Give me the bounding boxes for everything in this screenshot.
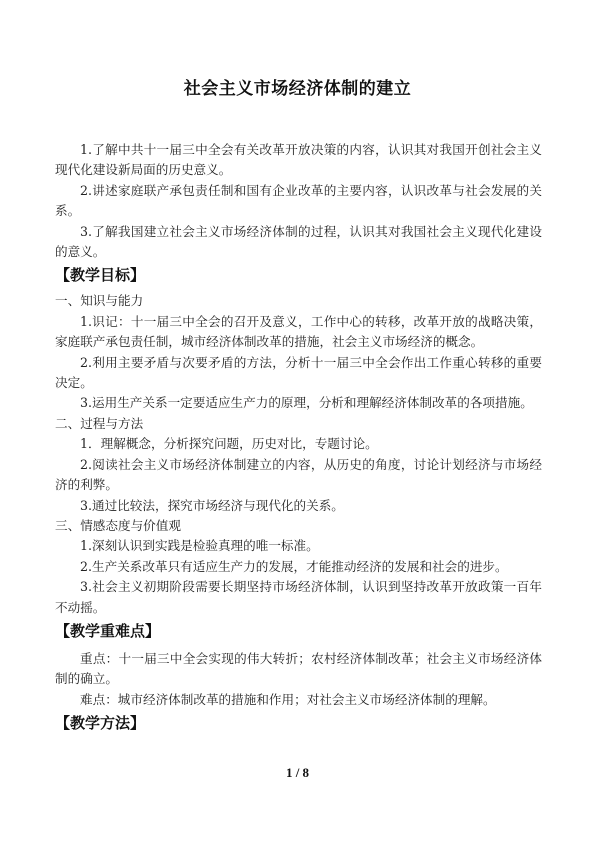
document-title: 社会主义市场经济体制的建立 — [0, 74, 595, 99]
difficult-point: 难点：城市经济体制改革的措施和作用；对社会主义市场经济体制的理解。 — [55, 690, 542, 710]
goal-knowledge-3: 3.运用生产关系一定要适应生产力的原理，分析和理解经济体制改革的各项措施。 — [55, 393, 542, 413]
goal-process-1: 1．理解概念，分析探究问题，历史对比，专题讨论。 — [55, 434, 542, 454]
subheading-values: 三、情感态度与价值观 — [55, 516, 542, 536]
goal-process-2: 2.阅读社会主义市场经济体制建立的内容，从历史的角度，讨论计划经济与市场经济的利… — [55, 455, 542, 496]
goal-knowledge-2: 2.利用主要矛盾与次要矛盾的方法，分析十一届三中全会作出工作重心转移的重要决定。 — [55, 353, 542, 394]
heading-teaching-goals: 【教学目标】 — [55, 263, 542, 287]
intro-paragraph-3: 3.了解我国建立社会主义市场经济体制的过程，认识其对我国社会主义现代化建设的意义… — [55, 222, 542, 263]
heading-key-points: 【教学重难点】 — [55, 619, 542, 643]
key-point: 重点：十一届三中全会实现的伟大转折；农村经济体制改革；社会主义市场经济体制的确立… — [55, 649, 542, 690]
goal-values-3: 3.社会主义初期阶段需要长期坚持市场经济体制，认识到坚持改革开放政策一百年不动摇… — [55, 577, 542, 618]
document-body: 1.了解中共十一届三中全会有关改革开放决策的内容，认识其对我国开创社会主义现代化… — [55, 140, 542, 735]
goal-values-1: 1.深刻认识到实践是检验真理的唯一标准。 — [55, 536, 542, 556]
goal-knowledge-1: 1.识记：十一届三中全会的召开及意义，工作中心的转移，改革开放的战略决策，家庭联… — [55, 312, 542, 353]
goal-values-2: 2.生产关系改革只有适应生产力的发展，才能推动经济的发展和社会的进步。 — [55, 557, 542, 577]
intro-paragraph-1: 1.了解中共十一届三中全会有关改革开放决策的内容，认识其对我国开创社会主义现代化… — [55, 140, 542, 181]
subheading-process: 二、过程与方法 — [55, 414, 542, 434]
intro-paragraph-2: 2.讲述家庭联产承包责任制和国有企业改革的主要内容，认识改革与社会发展的关系。 — [55, 181, 542, 222]
subheading-knowledge: 一、知识与能力 — [55, 291, 542, 311]
goal-process-3: 3.通过比较法，探究市场经济与现代化的关系。 — [55, 496, 542, 516]
page-number: 1 / 8 — [0, 765, 595, 781]
document-page: 社会主义市场经济体制的建立 1.了解中共十一届三中全会有关改革开放决策的内容，认… — [0, 0, 595, 841]
heading-teaching-methods: 【教学方法】 — [55, 711, 542, 735]
